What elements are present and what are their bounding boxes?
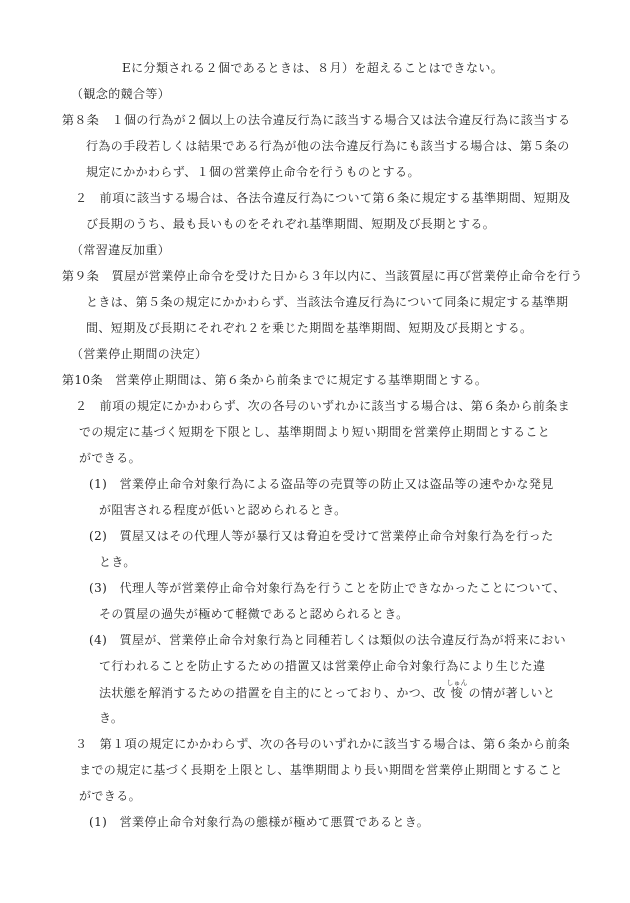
doc-line-26: き。	[62, 705, 630, 731]
page: { "page": { "background": "#ffffff", "in…	[0, 0, 630, 903]
ruby-annotation: 悛しゅん	[449, 686, 464, 700]
doc-line-20: とき。	[62, 549, 630, 575]
doc-line-11: 間、短期及び長期にそれぞれ２を乗じた期間を基準期間、短期及び長期とする。	[62, 315, 630, 341]
doc-line-12-section-heading: （営業停止期間の決定）	[62, 341, 630, 367]
document-body: Eに分類される２個であるときは、８月）を超えることはできない。 （観念的競合等）…	[0, 0, 630, 835]
doc-line-14-paragraph-2: ２ 前項の規定にかかわらず、次の各号のいずれかに該当する場合は、第６条から前条ま	[62, 393, 630, 419]
doc-line-22: その質屋の過失が極めて軽微であると認められるとき。	[62, 601, 630, 627]
doc-line-18: が阻害される程度が低いと認められるとき。	[62, 497, 630, 523]
ruby-reading: しゅん	[446, 679, 467, 687]
doc-line-19-item-2: (2) 質屋又はその代理人等が暴行又は脅迫を受けて営業停止命令対象行為を行った	[62, 523, 630, 549]
doc-line-03-article-8: 第８条 １個の行為が２個以上の法令違反行為に該当する場合又は法令違反行為に該当す…	[62, 107, 630, 133]
doc-line-13-article-10: 第10条 営業停止期間は、第６条から前条までに規定する基準期間とする。	[62, 367, 630, 393]
doc-line-04: 行為の手段若しくは結果である行為が他の法令違反行為にも該当する場合は、第５条の	[62, 133, 630, 159]
ruby-post-text: の情が著しいと	[468, 686, 555, 700]
doc-line-28: までの規定に基づく長期を上限とし、基準期間より長い期間を営業停止期間とすること	[62, 757, 630, 783]
doc-line-24: て行われることを防止するための措置又は営業停止命令対象行為により生じた違	[62, 653, 630, 679]
doc-line-02-section-heading: （観念的競合等）	[62, 81, 630, 107]
doc-line-21-item-3: (3) 代理人等が営業停止命令対象行為を行うことを防止できなかったことについて、	[62, 575, 630, 601]
doc-line-29: ができる。	[62, 783, 630, 809]
doc-line-27-paragraph-3: ３ 第１項の規定にかかわらず、次の各号のいずれかに該当する場合は、第６条から前条	[62, 731, 630, 757]
doc-line-16: ができる。	[62, 445, 630, 471]
doc-line-23-item-4: (4) 質屋が、営業停止命令対象行為と同種若しくは類似の法令違反行為が将来におい	[62, 627, 630, 653]
doc-line-06-paragraph-2: ２ 前項に該当する場合は、各法令違反行為について第６条に規定する基準期間、短期及	[62, 185, 630, 211]
doc-line-08-section-heading: （常習違反加重）	[62, 237, 630, 263]
doc-line-07: び長期のうち、最も長いものをそれぞれ基準期間、短期及び長期とする。	[62, 211, 630, 237]
doc-line-15: での規定に基づく短期を下限とし、基準期間より短い期間を営業停止期間とすること	[62, 419, 630, 445]
doc-line-01: Eに分類される２個であるときは、８月）を超えることはできない。	[62, 55, 630, 81]
ruby-base: 悛	[446, 686, 467, 700]
doc-line-05: 規定にかかわらず、１個の営業停止命令を行うものとする。	[62, 159, 630, 185]
doc-line-30-item-1: (1) 営業停止命令対象行為の態様が極めて悪質であるとき。	[62, 809, 630, 835]
doc-line-25-ruby-line: 法状態を解消するための措置を自主的にとっており、かつ、改悛しゅんの情が著しいと	[62, 679, 630, 705]
ruby-pre-text: 法状態を解消するための措置を自主的にとっており、かつ、改	[99, 686, 445, 700]
doc-line-10: ときは、第５条の規定にかかわらず、当該法令違反行為について同条に規定する基準期	[62, 289, 630, 315]
doc-line-17-item-1: (1) 営業停止命令対象行為による盗品等の売買等の防止又は盗品等の速やかな発見	[62, 471, 630, 497]
doc-line-09-article-9: 第９条 質屋が営業停止命令を受けた日から３年以内に、当該質屋に再び営業停止命令を…	[62, 263, 630, 289]
